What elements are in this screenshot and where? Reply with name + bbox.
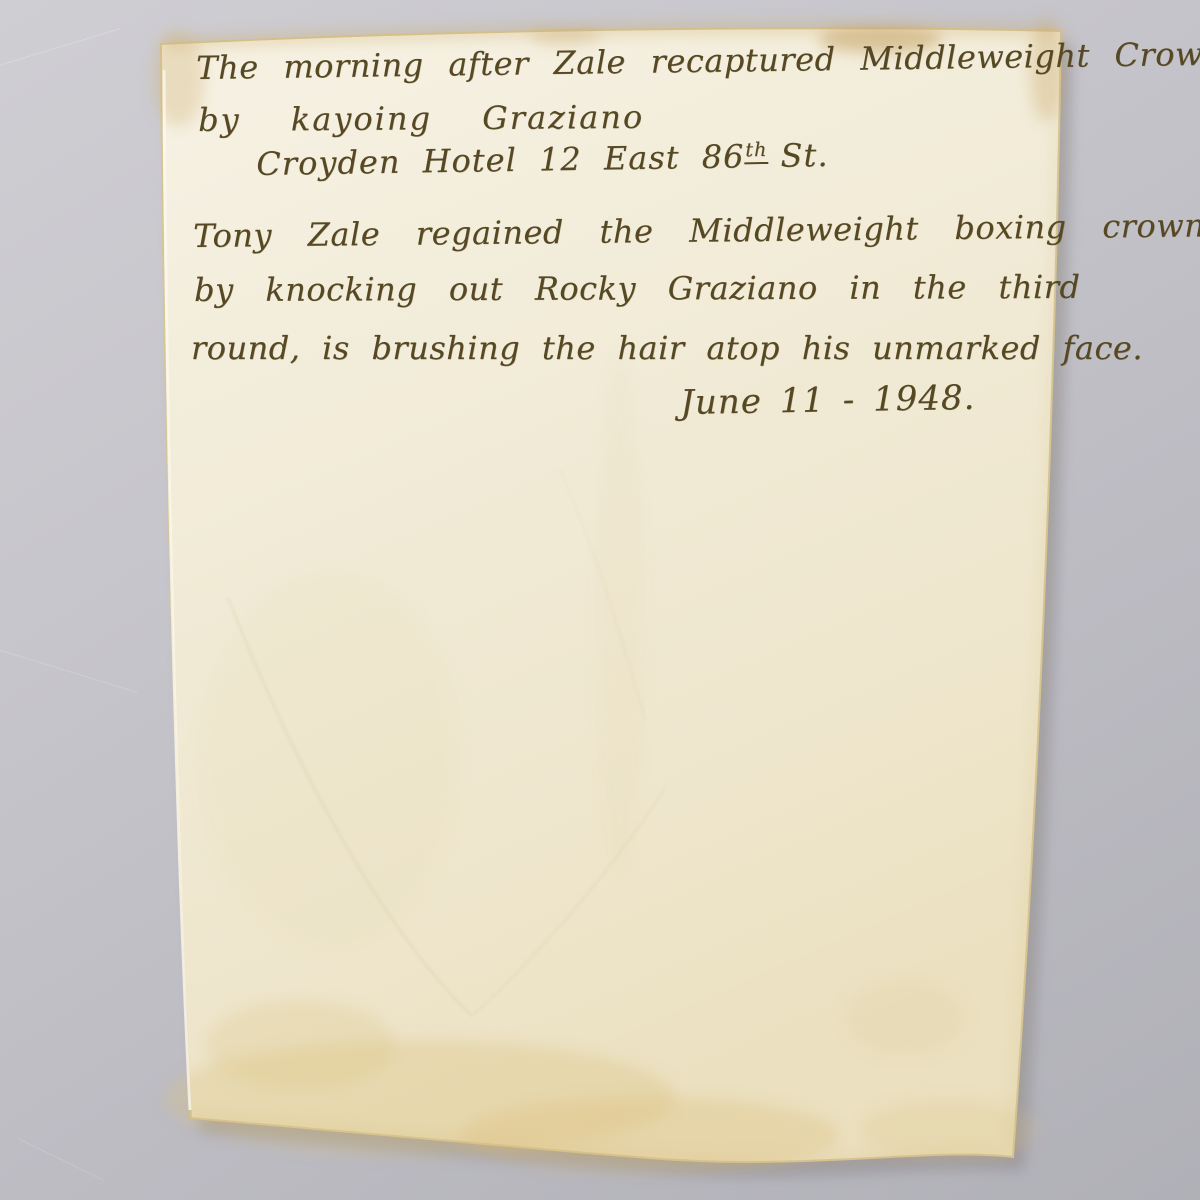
handwritten-date: June 11 - 1948.	[680, 379, 976, 423]
handwritten-line-6: round, is brushing the hair atop his unm…	[191, 330, 1143, 367]
street-abbreviation: St.	[780, 136, 829, 175]
handwritten-line-5: by knocking out Rocky Graziano in the th…	[194, 269, 1080, 309]
handwritten-line-3: Croyden Hotel 12 East 86thSt.	[256, 137, 829, 183]
handwritten-line-4: Tony Zale regained the Middleweight boxi…	[193, 207, 1200, 254]
handwritten-line-1: The morning after Zale recaptured Middle…	[196, 36, 1200, 87]
handwritten-line-2: by kayoing Graziano	[198, 99, 644, 139]
photo-backdrop: The morning after Zale recaptured Middle…	[0, 0, 1200, 1200]
address-text: Croyden Hotel 12 East 86	[256, 137, 745, 183]
ordinal-superscript: th	[744, 138, 768, 164]
handwriting-layer: The morning after Zale recaptured Middle…	[0, 0, 1200, 1200]
